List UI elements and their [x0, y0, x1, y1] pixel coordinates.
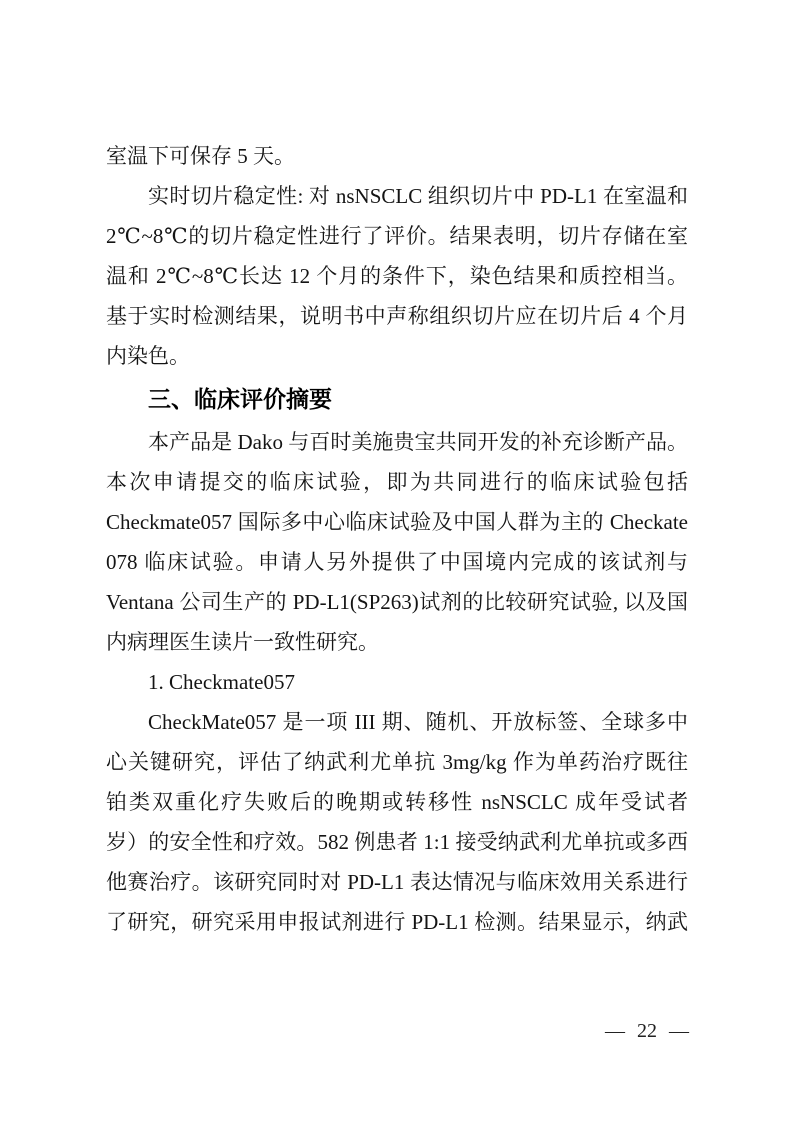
text-line: 了研究，研究采用申报试剂进行 PD-L1 检测。结果显示，纳武 [106, 902, 688, 942]
page-footer: — 22 — [605, 1020, 689, 1043]
text-line: 内病理医生读片一致性研究。 [106, 622, 688, 662]
section-heading: 三、临床评价摘要 [106, 376, 688, 422]
text-line: 基于实时检测结果，说明书中声称组织切片应在切片后 4 个月 [106, 296, 688, 336]
document-page: 室温下可保存 5 天。实时切片稳定性: 对 nsNSCLC 组织切片中 PD-L… [0, 0, 793, 1122]
text-line: 本产品是 Dako 与百时美施贵宝共同开发的补充诊断产品。 [106, 422, 688, 462]
text-line: 铂类双重化疗失败后的晚期或转移性 nsNSCLC 成年受试者（≥18 [106, 782, 688, 822]
text-line: Checkmate057 国际多中心临床试验及中国人群为主的 Checkate [106, 502, 688, 542]
text-line: 内染色。 [106, 336, 688, 376]
text-line: 078 临床试验。申请人另外提供了中国境内完成的该试剂与 [106, 542, 688, 582]
text-line: 他赛治疗。该研究同时对 PD-L1 表达情况与临床效用关系进行 [106, 862, 688, 902]
text-line: 2℃~8℃的切片稳定性进行了评价。结果表明，切片存储在室 [106, 216, 688, 256]
footer-left-dash: — [605, 1020, 625, 1043]
text-line: 1. Checkmate057 [106, 662, 688, 702]
footer-right-dash: — [669, 1020, 689, 1043]
text-line: 温和 2℃~8℃长达 12 个月的条件下，染色结果和质控相当。 [106, 256, 688, 296]
text-line: 室温下可保存 5 天。 [106, 136, 688, 176]
text-line: CheckMate057 是一项 III 期、随机、开放标签、全球多中 [106, 702, 688, 742]
text-line: 心关键研究，评估了纳武利尤单抗 3mg/kg 作为单药治疗既往 [106, 742, 688, 782]
page-body: 室温下可保存 5 天。实时切片稳定性: 对 nsNSCLC 组织切片中 PD-L… [106, 136, 688, 942]
text-line: 本次申请提交的临床试验，即为共同进行的临床试验包括 [106, 462, 688, 502]
text-line: 岁）的安全性和疗效。582 例患者 1:1 接受纳武利尤单抗或多西 [106, 822, 688, 862]
text-line: Ventana 公司生产的 PD-L1(SP263)试剂的比较研究试验, 以及国 [106, 582, 688, 622]
page-number: 22 [637, 1020, 657, 1043]
text-line: 实时切片稳定性: 对 nsNSCLC 组织切片中 PD-L1 在室温和 [106, 176, 688, 216]
